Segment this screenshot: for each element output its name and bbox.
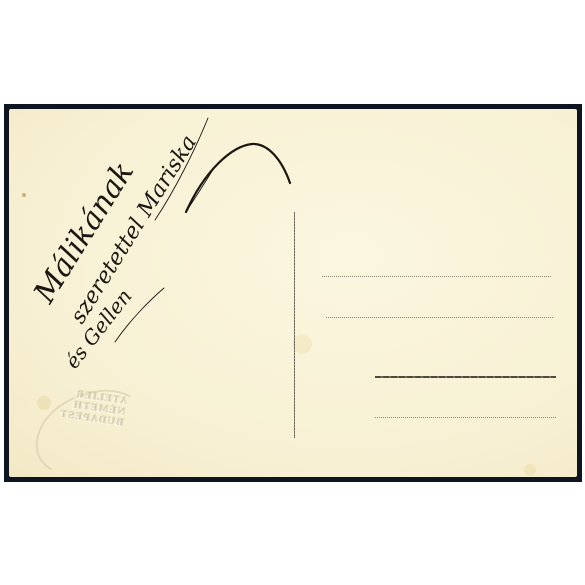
age-spot (524, 464, 536, 476)
message-address-divider (294, 212, 295, 438)
age-spot (292, 334, 312, 354)
publisher-emboss: ATELIER NÉMETH BUDAPEST (20, 384, 127, 486)
age-spot (22, 193, 26, 197)
postcard-markings: Málikának szeretettel Mariska és Gellen (0, 0, 585, 585)
address-line-2 (326, 317, 554, 318)
address-line-4 (375, 417, 556, 418)
address-line-1 (322, 276, 552, 277)
address-line-3 (375, 376, 556, 378)
